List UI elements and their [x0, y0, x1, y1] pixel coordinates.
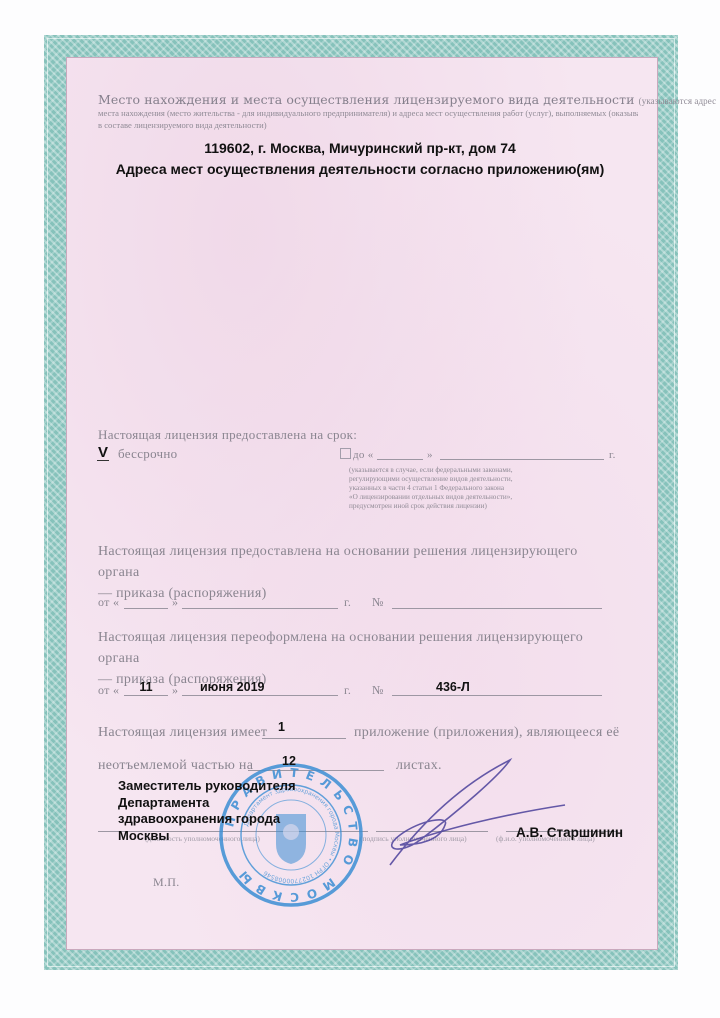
signatory-name: А.В. Старшинин	[516, 825, 623, 840]
license-address: 119602, г. Москва, Мичуринский пр-кт, до…	[0, 140, 720, 156]
reissue-month-year-field[interactable]	[182, 695, 338, 696]
indefinite-label: бессрочно	[118, 443, 177, 464]
position-line-2: Департамента	[118, 795, 296, 812]
term-note-line: (указывается в случае, если федеральными…	[349, 466, 513, 475]
grant-number-field[interactable]	[392, 608, 602, 609]
seal-label: М.П.	[153, 872, 180, 893]
location-heading: Место нахождения и места осуществления л…	[98, 92, 716, 107]
reissue-quote: »	[172, 680, 178, 701]
term-note-line: указанных в части 4 статьи 1 Федеральног…	[349, 484, 513, 493]
term-note-line: регулирующими осуществление видов деятел…	[349, 475, 513, 484]
grant-number-label: №	[372, 592, 384, 613]
term-note-line: предусмотрен иной срок действия лицензии…	[349, 502, 513, 511]
reissue-text-line1: Настоящая лицензия переоформлена на осно…	[98, 627, 618, 669]
appendix-text-1: Настоящая лицензия имеет	[98, 722, 267, 743]
grant-year-suffix: г.	[344, 592, 351, 613]
until-year-suffix: г.	[609, 445, 616, 466]
position-line-4: Москвы	[118, 828, 296, 845]
grant-month-year-field[interactable]	[182, 608, 338, 609]
reissue-month-year-value: июня 2019	[200, 680, 264, 694]
reissue-year-suffix: г.	[344, 680, 351, 701]
position-line-3: здравоохранения города	[118, 811, 296, 828]
grant-from-label: от «	[98, 592, 119, 613]
position-block: Заместитель руководителя Департамента зд…	[118, 778, 296, 844]
addresses-note: Адреса мест осуществления деятельности с…	[0, 161, 720, 177]
signature-scribble	[360, 755, 580, 875]
appendix-count-value: 1	[278, 720, 285, 734]
grant-text-line1: Настоящая лицензия предоставлена на осно…	[98, 541, 618, 583]
location-heading-text: Место нахождения и места осуществления л…	[98, 92, 635, 107]
until-checkbox[interactable]	[340, 448, 351, 459]
term-heading: Настоящая лицензия предоставлена на срок…	[98, 424, 357, 445]
term-note-line: «О лицензировании отдельных видов деятел…	[349, 493, 513, 502]
until-day-field[interactable]	[377, 459, 423, 460]
location-hint-1: (указываются адрес	[639, 96, 717, 106]
reissue-number-field[interactable]	[392, 695, 602, 696]
reissue-number-value: 436-Л	[436, 680, 470, 694]
location-hint-2: места нахождения (место жительства - для…	[98, 108, 638, 119]
reissue-day-field[interactable]	[124, 695, 168, 696]
grant-day-field[interactable]	[124, 608, 168, 609]
until-month-year-field[interactable]	[440, 459, 604, 460]
sheet-count-value: 12	[282, 754, 296, 768]
term-note: (указывается в случае, если федеральными…	[349, 466, 513, 511]
reissue-number-label: №	[372, 680, 384, 701]
indefinite-checkbox[interactable]: V	[97, 446, 109, 461]
position-line-1: Заместитель руководителя	[118, 778, 296, 795]
location-hint-3: в составе лицензируемого вида деятельнос…	[98, 120, 267, 131]
grant-quote: »	[172, 592, 178, 613]
appendix-text-2: приложение (приложения), являющееся её	[354, 722, 619, 743]
until-label: до «	[353, 445, 374, 466]
appendix-count-field[interactable]	[262, 738, 346, 739]
reissue-day-value: 11	[124, 680, 168, 694]
reissue-from-label: от «	[98, 680, 119, 701]
until-quote: »	[427, 445, 433, 466]
